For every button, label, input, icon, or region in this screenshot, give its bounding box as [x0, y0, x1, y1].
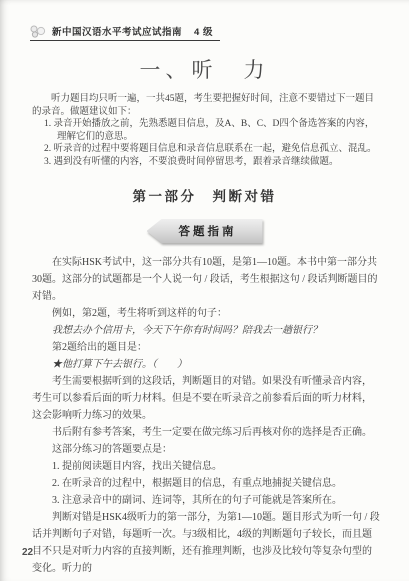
- key-point-3: 3. 注意录音中的副词、连词等，其所在的句子可能就是答案所在。: [32, 492, 381, 509]
- intro-tips-list: 1. 录音开始播放之前，先熟悉题目信息，及A、B、C、D四个备选答案的内容，理解…: [44, 118, 381, 168]
- guide-paragraph-4: 考生需要根据听到的这段话，判断题目的对错。如果没有听懂录音内容，考生可以参看后面…: [32, 373, 381, 424]
- intro-block: 听力题目均只听一遍，一共45题，考生要把握好时间，注意不要错过下一题目的录音。做…: [32, 93, 381, 168]
- guide-body: 在实际HSK考试中，这一部分共有10题，是第1—10题。本书中第一部分共30题。…: [32, 254, 381, 577]
- intro-tip-2: 2. 听录音的过程中要将题目信息和录音信息联系在一起，避免信息孤立、混乱。: [44, 143, 381, 156]
- summary-paragraph: 判断对错是HSK4级听力的第一部分，为第1—10题。题目形式为听一句 / 段话并…: [32, 509, 381, 577]
- part-heading: 第一部分 判断对错: [0, 185, 409, 205]
- intro-paragraph: 听力题目均只听一遍，一共45题，考生要把握好时间，注意不要错过下一题目的录音。做…: [32, 93, 381, 118]
- running-head: 新中国汉语水平考试应试指南 4 级: [30, 24, 220, 41]
- guide-paragraph-3: 第2题给出的题目是：: [32, 339, 381, 356]
- key-point-2: 2. 在听录音的过程中，根据题目的信息，有重点地捕捉关键信息。: [32, 475, 381, 492]
- intro-tip-3: 3. 遇到没有听懂的内容，不要浪费时间停留思考，跟着录音继续做题。: [44, 156, 381, 169]
- publisher-circles-icon: [30, 25, 47, 38]
- page-number: 22: [22, 547, 33, 558]
- answer-guide-ribbon-label: 答题指南: [147, 219, 263, 243]
- book-page: 新中国汉语水平考试应试指南 4 级 一、听 力 听力题目均只听一遍，一共45题，…: [0, 0, 409, 581]
- running-head-book-title: 新中国汉语水平考试应试指南: [52, 24, 182, 38]
- guide-paragraph-1: 在实际HSK考试中，这一部分共有10题，是第1—10题。本书中第一部分共30题。…: [32, 254, 381, 305]
- intro-tip-1: 1. 录音开始播放之前，先熟悉题目信息，及A、B、C、D四个备选答案的内容，理解…: [44, 118, 381, 143]
- guide-paragraph-2: 例如，第2题，考生将听到这样的句子：: [32, 305, 381, 322]
- chapter-title: 一、听 力: [0, 54, 409, 84]
- example-test-item: ★他打算下午去银行。（ ）: [32, 356, 381, 373]
- key-point-1: 1. 提前阅读题目内容，找出关键信息。: [32, 458, 381, 475]
- banner-row: 答题指南: [0, 219, 409, 243]
- guide-paragraph-6: 这部分练习的答题要点是：: [32, 441, 381, 458]
- guide-paragraph-5: 书后附有参考答案，考生一定要在做完练习后再核对你的选择是否正确。: [32, 424, 381, 441]
- example-audio-sentence: 我想去办个信用卡，今天下午你有时间吗？陪我去一趟银行？: [32, 322, 381, 339]
- answer-guide-ribbon: 答题指南: [147, 219, 263, 243]
- running-head-level: 4 级: [194, 24, 213, 38]
